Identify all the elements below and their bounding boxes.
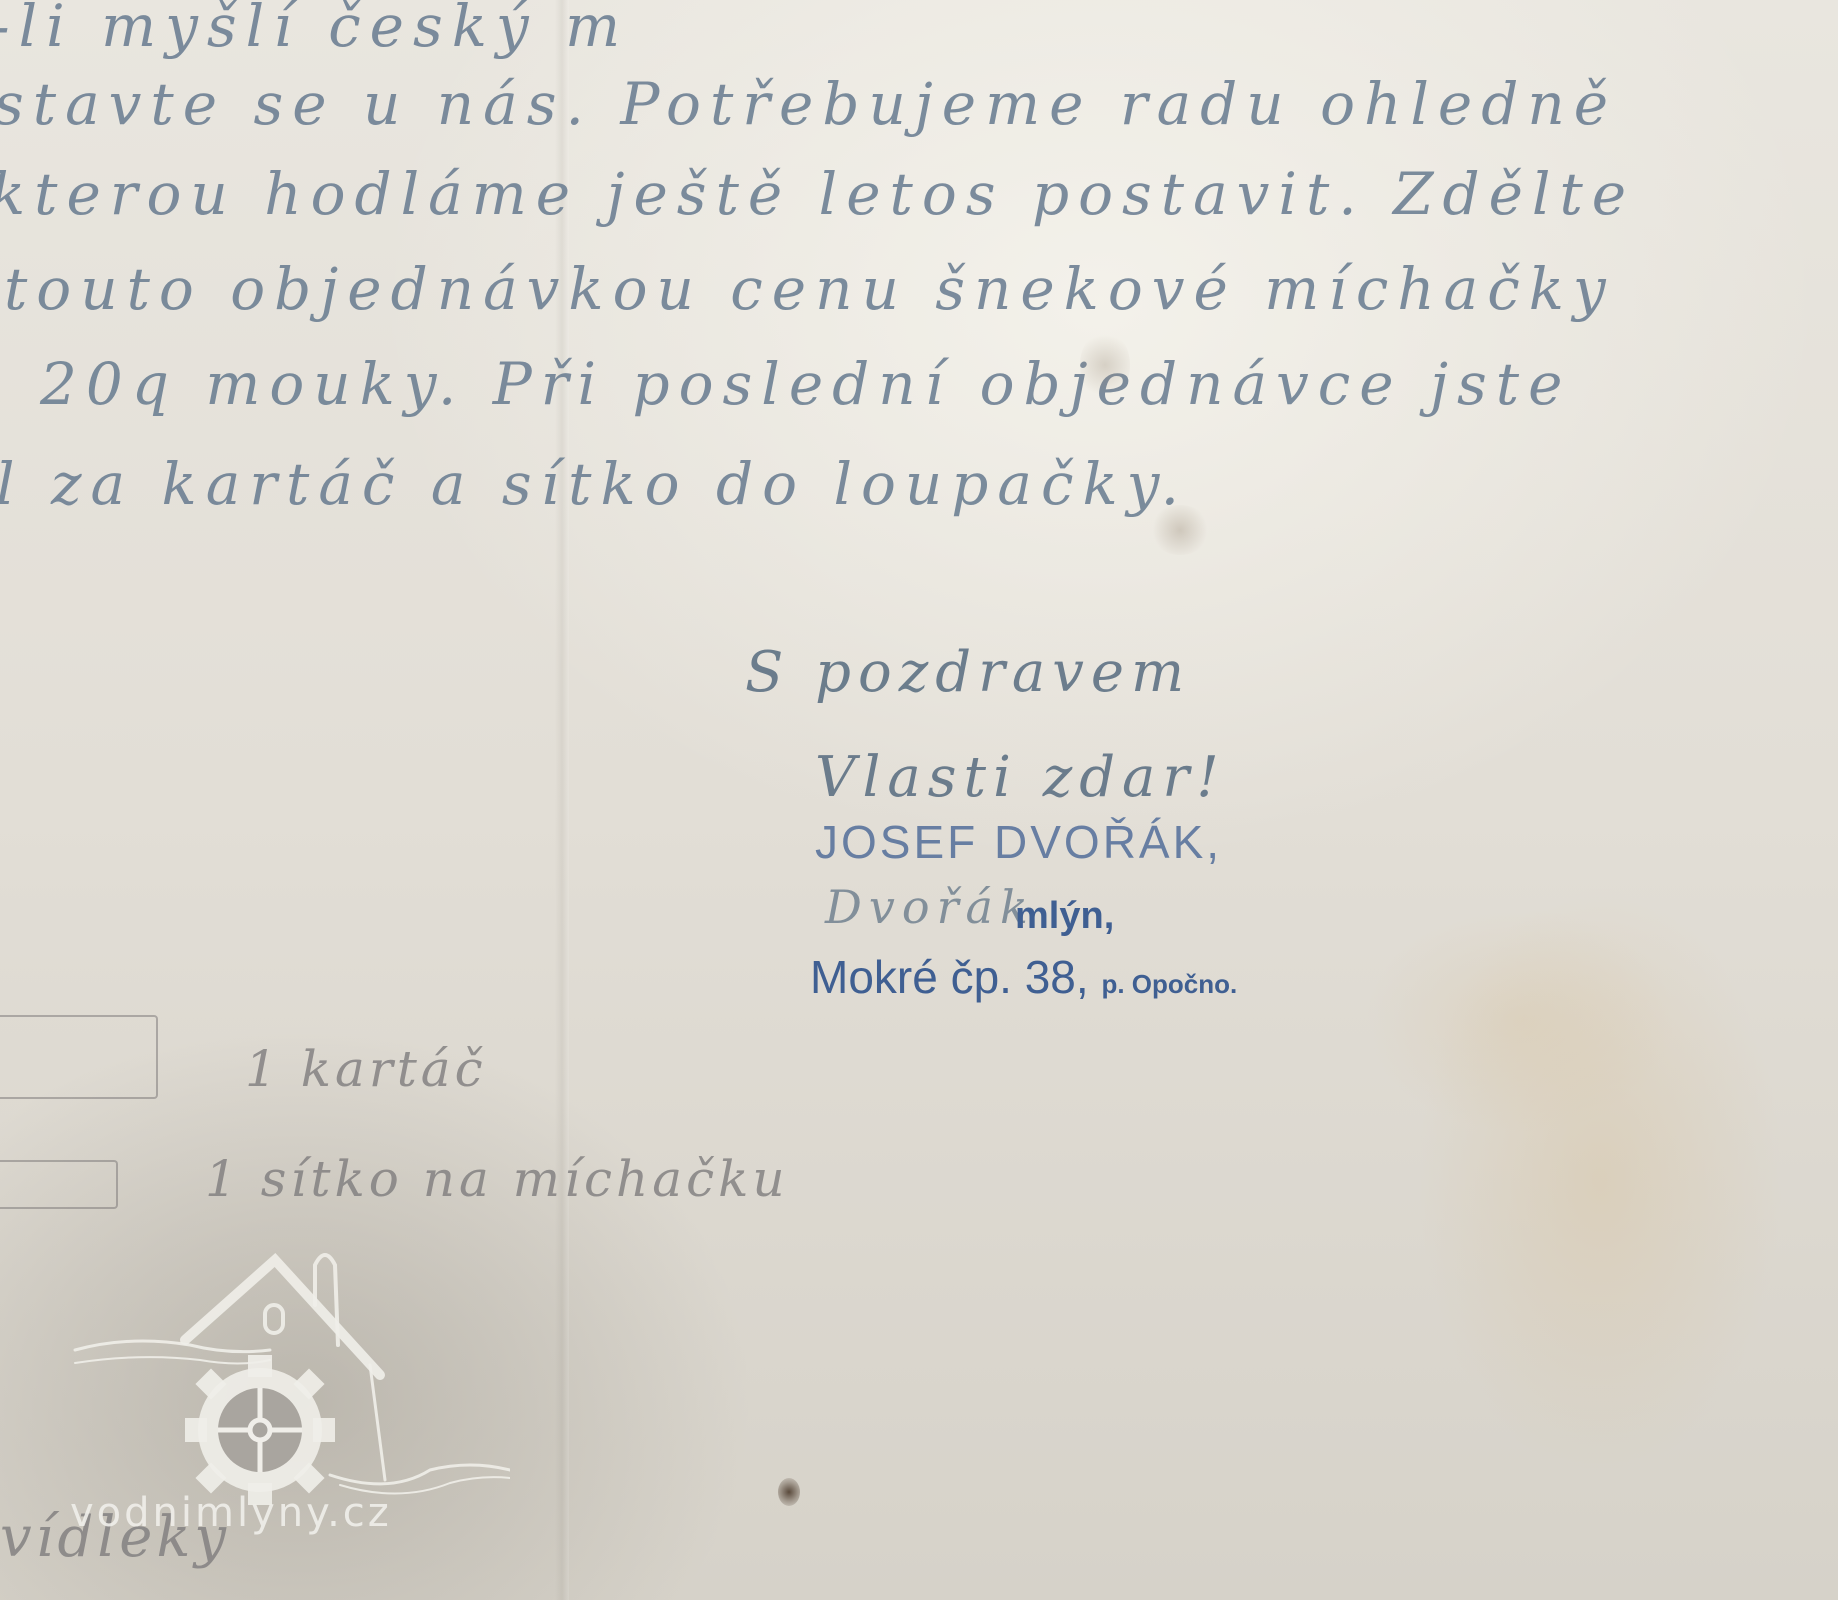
letter-line-5: 20q mouky. Při poslední objednávce jste (40, 350, 1571, 418)
letter-line-4: touto objednávkou cenu šnekové míchačky (4, 255, 1615, 323)
paper-fold (555, 0, 569, 1600)
pencil-sketch-box-1 (0, 1015, 158, 1099)
watermark-text: vodnimlyny.cz (70, 1490, 392, 1536)
letter-line-6: l za kartáč a sítko do loupačky. (0, 450, 1188, 518)
stamp-mill: mlýn, (1015, 895, 1114, 938)
stamp-address-main: Mokré čp. 38, (810, 951, 1089, 1003)
stamp-address: Mokré čp. 38, p. Opočno. (810, 950, 1237, 1004)
stamp-address-post: p. Opočno. (1101, 969, 1237, 999)
closing-greeting: S pozdravem (745, 640, 1191, 705)
ink-spot (778, 1478, 800, 1506)
stamp-name: JOSEF DVOŘÁK, (815, 815, 1222, 869)
closing-salute: Vlasti zdar! (815, 745, 1226, 810)
letter-line-3: kterou hodláme ještě letos postavit. Zdě… (0, 160, 1635, 228)
stain-spot (1150, 505, 1210, 555)
pencil-sketch-box-2 (0, 1160, 118, 1209)
pencil-note-1: 1 kartáč (245, 1040, 487, 1098)
letter-line-2: stavte se u nás. Potřebujeme radu ohledn… (0, 70, 1617, 138)
pencil-note-2: 1 sítko na míchačku (205, 1150, 789, 1208)
stain-spot-2 (1080, 330, 1130, 400)
handwritten-signature: Dvořák (825, 880, 1035, 934)
letter-line-1: -li myšlí český m (0, 0, 629, 60)
